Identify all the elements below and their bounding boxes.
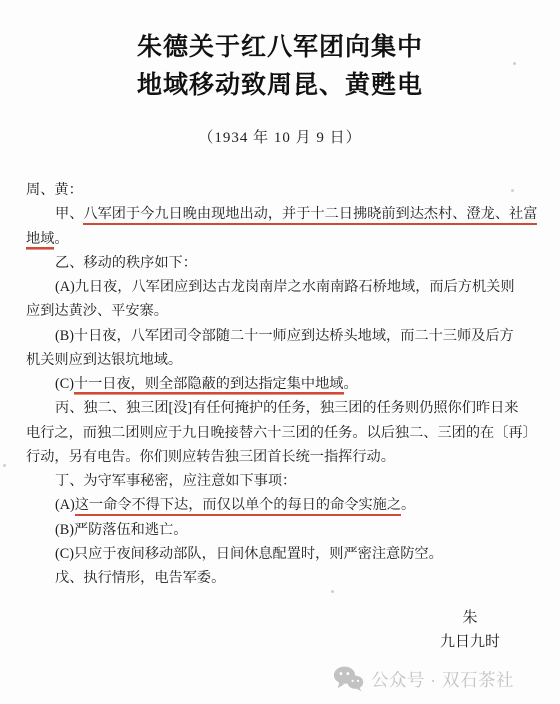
scan-speck: [331, 590, 334, 593]
text-run: (A): [55, 497, 75, 513]
text-run: 机关则应到达银坑地域。: [26, 352, 182, 368]
text-run: (C): [55, 376, 74, 392]
document-line: (B)严防落伍和逃亡。: [26, 518, 550, 542]
scan-speck: [3, 464, 6, 467]
text-run: 戊、执行情形，电告军委。: [55, 570, 225, 586]
document-body: 周、黄：甲、八军团于今九日晚由现地出动，并于十二日拂晓前到达杰村、澄龙、社富地域…: [26, 178, 550, 590]
underlined-text-run: 八军团于今九日晚由现地出动，并于十二日拂晓前到达杰村、澄龙、社富: [83, 206, 537, 225]
document-line: (B)十日夜，八军团司令部随二十一师应到达桥头地域，而二十三师及后方: [26, 324, 550, 348]
document-line: 甲、八军团于今九日晚由现地出动，并于十二日拂晓前到达杰村、澄龙、社富: [26, 202, 550, 226]
underlined-text-run: 地域: [26, 231, 54, 250]
document-line: 应到达黄沙、平安寨。: [26, 299, 550, 323]
watermark: 公众号 · 双石茶社: [333, 666, 514, 692]
document-line: 丙、独二、独三团[没]有任何掩护的任务，独三团的任务则仍照你们昨日来: [26, 396, 550, 420]
text-run: 应到达黄沙、平安寨。: [26, 303, 168, 319]
document-line: 机关则应到达银坑地域。: [26, 348, 550, 372]
document-title-line-2: 地域移动致周昆、黄甦电: [0, 66, 560, 104]
scan-speck: [511, 189, 514, 192]
document-line: (A)九日夜，八军团应到达古龙岗南岸之水南南路石桥地域，而后方机关则: [26, 275, 550, 299]
signature-inner: 朱 九日九时: [440, 606, 500, 654]
text-run: 丙、独二、独三团[没]有任何掩护的任务，独三团的任务则仍照你们昨日来: [55, 400, 518, 416]
wechat-icon: [333, 666, 364, 692]
text-run: 。: [344, 376, 358, 392]
signer-name: 朱: [440, 606, 500, 630]
document-line: 戊、执行情形，电告军委。: [26, 566, 550, 590]
text-run: 。: [401, 497, 415, 513]
signature-block: 朱 九日九时: [0, 606, 500, 654]
scanned-document-page: 朱德关于红八军团向集中 地域移动致周昆、黄甦电 （1934 年 10 月 9 日…: [0, 0, 560, 704]
text-run: (B)严防落伍和逃亡。: [55, 522, 187, 538]
text-run: 乙、移动的秩序如下：: [55, 255, 197, 271]
text-run: 。: [54, 231, 68, 247]
signature-time: 九日九时: [440, 630, 500, 654]
text-run: 甲、: [55, 206, 83, 222]
document-line: 周、黄：: [26, 178, 550, 202]
underlined-text-run: 十一日夜，则全部隐蔽的到达指定集中地域: [74, 376, 344, 395]
text-run: 行动，另有电告。你们则应转告独三团首长统一指挥行动。: [26, 449, 395, 465]
document-line: 电行之，而独二团则应于九日晚接替六十三团的任务。以后独二、三团的在〔再〕: [26, 421, 550, 445]
document-line: (A)这一命令不得下达，而仅以单个的每日的命令实施之。: [26, 493, 550, 517]
text-run: (B)十日夜，八军团司令部随二十一师应到达桥头地域，而二十三师及后方: [55, 328, 514, 344]
document-title: 朱德关于红八军团向集中 地域移动致周昆、黄甦电: [0, 28, 560, 104]
underlined-text-run: 这一命令不得下达，而仅以单个的每日的命令实施之: [75, 497, 401, 516]
watermark-text: 公众号 · 双石茶社: [371, 667, 514, 692]
document-line: 乙、移动的秩序如下：: [26, 251, 550, 275]
document-title-line-1: 朱德关于红八军团向集中: [0, 28, 560, 66]
document-line: 丁、为守军事秘密，应注意如下事项：: [26, 469, 550, 493]
document-line: (C)只应于夜间移动部队，日间休息配置时，则严密注意防空。: [26, 542, 550, 566]
text-run: 周、黄：: [26, 182, 83, 198]
text-run: (A)九日夜，八军团应到达古龙岗南岸之水南南路石桥地域，而后方机关则: [55, 279, 515, 295]
document-line: 行动，另有电告。你们则应转告独三团首长统一指挥行动。: [26, 445, 550, 469]
text-run: 电行之，而独二团则应于九日晚接替六十三团的任务。以后独二、三团的在〔再〕: [26, 425, 537, 441]
text-run: (C)只应于夜间移动部队，日间休息配置时，则严密注意防空。: [55, 546, 443, 562]
document-date: （1934 年 10 月 9 日）: [0, 126, 560, 147]
document-line: (C)十一日夜，则全部隐蔽的到达指定集中地域。: [26, 372, 550, 396]
text-run: 丁、为守军事秘密，应注意如下事项：: [55, 473, 296, 489]
document-line: 地域。: [26, 227, 550, 251]
scan-speck: [513, 62, 516, 65]
